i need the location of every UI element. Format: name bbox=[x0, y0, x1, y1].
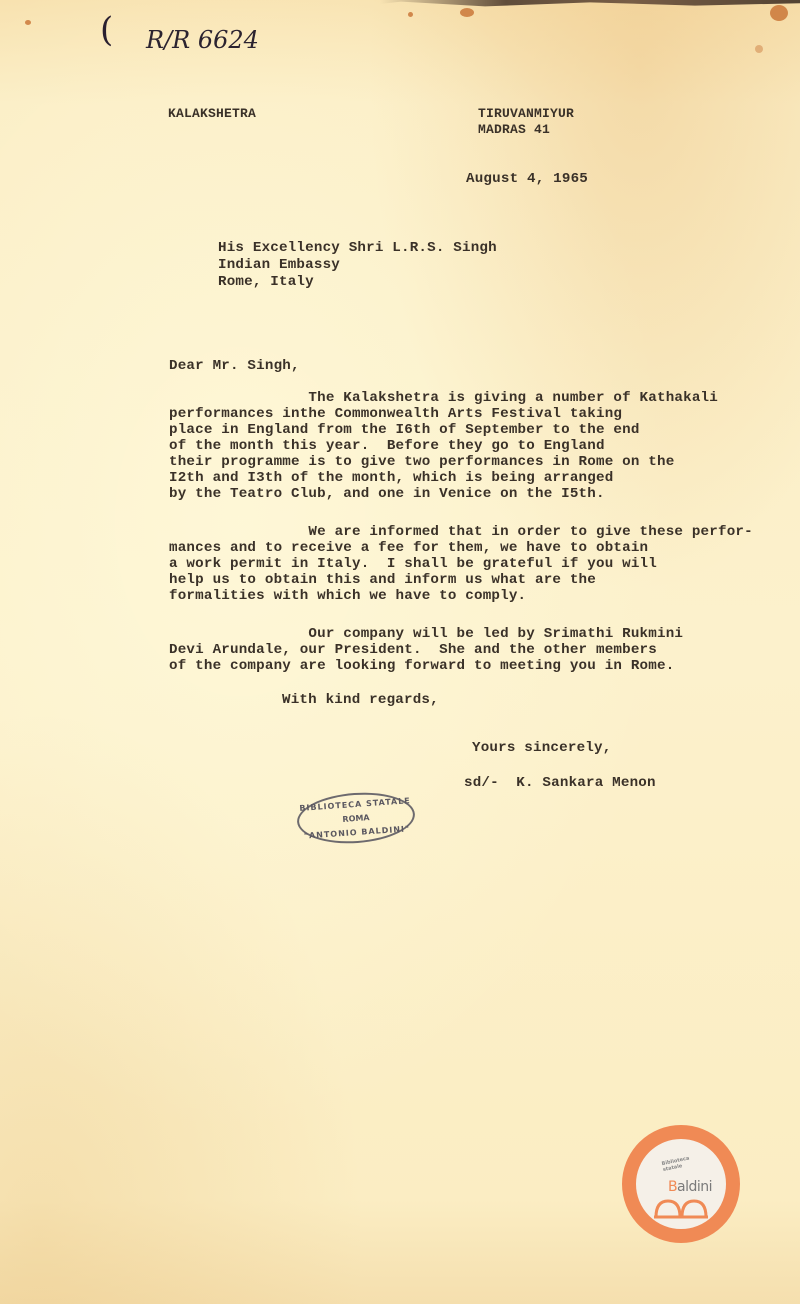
bracket-mark: ( bbox=[100, 10, 113, 50]
body-line: by the Teatro Club, and one in Venice on… bbox=[169, 487, 605, 503]
body-line: I2th and I3th of the month, which is bei… bbox=[169, 471, 613, 487]
logo-wordmark: Baldini bbox=[650, 1179, 730, 1195]
organization-name: KALAKSHETRA bbox=[168, 106, 256, 122]
letter-date: August 4, 1965 bbox=[466, 172, 588, 188]
reference-number: R/R 6624 bbox=[146, 26, 259, 54]
body-line: mances and to receive a fee for them, we… bbox=[169, 541, 648, 557]
logo-initial: B bbox=[668, 1179, 677, 1195]
address-line-2: MADRAS 41 bbox=[478, 122, 550, 138]
body-line: a work permit in Italy. I shall be grate… bbox=[169, 557, 657, 573]
body-line: Our company will be led by Srimathi Rukm… bbox=[169, 627, 683, 643]
closing: Yours sincerely, bbox=[472, 741, 611, 757]
body-line: Devi Arundale, our President. She and th… bbox=[169, 643, 657, 659]
recipient-location: Rome, Italy bbox=[218, 275, 314, 291]
body-line: We are informed that in order to give th… bbox=[169, 525, 753, 541]
logo-small-text: Biblioteca statale bbox=[661, 1153, 703, 1173]
body-line: their programme is to give two performan… bbox=[169, 455, 674, 471]
address-line-1: TIRUVANMIYUR bbox=[478, 106, 574, 122]
recipient-org: Indian Embassy bbox=[218, 258, 340, 274]
stain bbox=[25, 20, 31, 25]
open-book-icon bbox=[654, 1197, 708, 1219]
stain bbox=[770, 5, 788, 21]
body-line: formalities with which we have to comply… bbox=[169, 589, 526, 605]
signature: sd/- K. Sankara Menon bbox=[464, 776, 656, 792]
body-line: performances inthe Commonwealth Arts Fes… bbox=[169, 407, 622, 423]
body-line: of the month this year. Before they go t… bbox=[169, 439, 605, 455]
baldini-library-logo: Biblioteca statale Baldini bbox=[622, 1125, 740, 1243]
stain bbox=[408, 12, 413, 17]
closing-regards: With kind regards, bbox=[282, 693, 439, 709]
recipient-name: His Excellency Shri L.R.S. Singh bbox=[218, 241, 497, 257]
body-line: help us to obtain this and inform us wha… bbox=[169, 573, 596, 589]
body-line: of the company are looking forward to me… bbox=[169, 659, 674, 675]
stain bbox=[755, 45, 763, 53]
body-line: The Kalakshetra is giving a number of Ka… bbox=[169, 391, 718, 407]
stain bbox=[460, 8, 474, 17]
salutation: Dear Mr. Singh, bbox=[169, 359, 300, 375]
logo-name: aldini bbox=[677, 1179, 712, 1195]
body-line: place in England from the I6th of Septem… bbox=[169, 423, 640, 439]
